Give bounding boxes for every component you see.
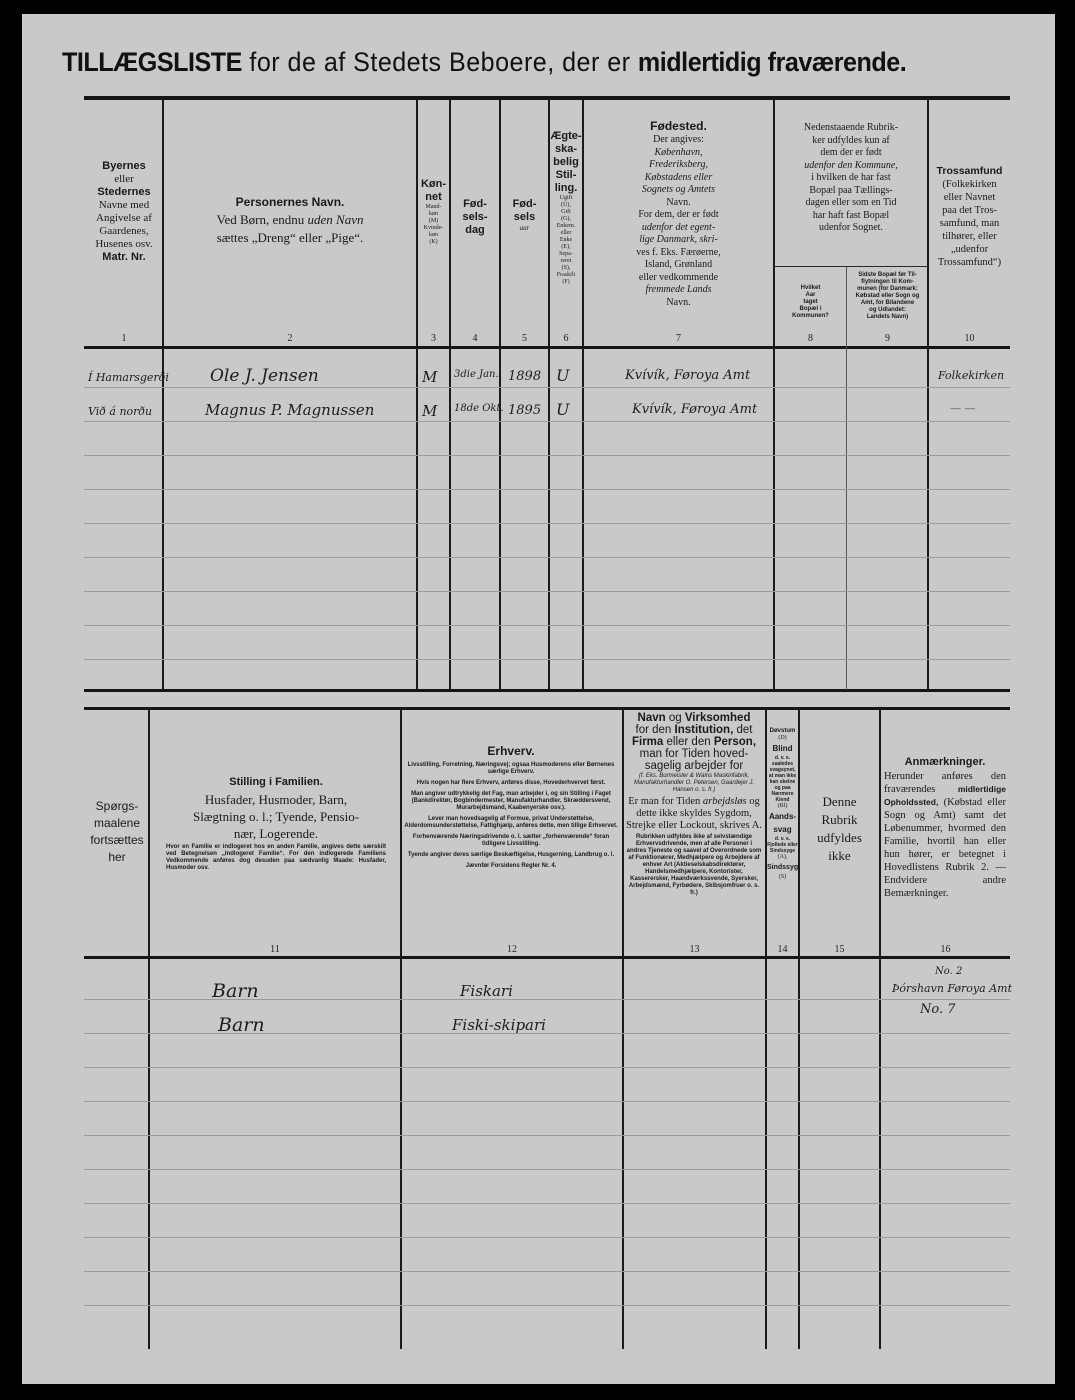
column-number: 12	[402, 944, 622, 955]
header-text: fremmede Lands	[584, 284, 773, 297]
header-text: nær, Logerende.	[158, 825, 394, 842]
header-col-8-9-span: Nedenstaaende Rubrik- ker udfyldes kun a…	[775, 122, 927, 235]
header-text: Sepa-	[550, 251, 582, 258]
header-text: Ved Børn, endnu uden Navn	[164, 211, 416, 229]
header-text: Er man for Tiden	[628, 796, 700, 807]
header-text: Virksomhed	[685, 712, 751, 724]
header-text: reret	[550, 258, 582, 265]
cell-religion: — —	[950, 402, 976, 415]
header-col-2: Personernes Navn. Ved Børn, endnu uden N…	[164, 193, 416, 247]
column-number: 5	[501, 333, 548, 344]
column-number: 6	[550, 333, 582, 344]
column-number: 9	[848, 333, 927, 344]
cell-sex: M	[422, 368, 437, 386]
header-text: ker udfyldes kun af	[775, 135, 927, 148]
header-text: tilhører, eller	[929, 230, 1010, 243]
header-text: Jævnfør Forsidens Regler Nr. 4.	[404, 863, 618, 870]
header-text: Gaardenes,	[86, 225, 162, 238]
cell-occupation: Fiskari	[460, 982, 513, 1000]
header-col-3: Køn- net Mand- køn (M) Kvinde- køn (K)	[418, 178, 449, 246]
cell-marital: U	[556, 366, 569, 385]
header-text: udenfor Sognet.	[775, 222, 927, 235]
header-col-7: Fødested. Der angives: København, Freder…	[584, 118, 773, 309]
cell-birth-year: 1898	[508, 369, 541, 384]
cell-occupation: Fiski-skipari	[452, 1016, 546, 1034]
header-text-italic: uden Navn	[308, 212, 364, 227]
header-text: taget	[775, 299, 846, 306]
header-text: dem der er født	[775, 147, 927, 160]
header-col-9: Sidste Bopæl før Til- flytningen til Kom…	[848, 272, 927, 321]
bottom-header-bottom-rule	[84, 956, 1010, 959]
header-title: Fødested.	[584, 118, 773, 134]
header-text: Ugift	[550, 195, 582, 202]
header-text: Slægtning o. l.; Tyende, Pensio-	[158, 808, 394, 825]
header-text: Firma	[632, 736, 663, 748]
header-title: Anmærkninger.	[884, 754, 1006, 770]
header-text: (Bl)	[767, 803, 798, 810]
header-note: Hvor en Familie er indlogeret hos en and…	[158, 844, 394, 872]
header-text: Kvinde-	[418, 225, 449, 232]
header-text: (S)	[767, 874, 798, 881]
header-text: (f. Eks. Burmeister & Wains Maskinfabrik…	[626, 773, 762, 794]
header-col-11: Stilling i Familien. Husfader, Husmoder,…	[158, 774, 394, 872]
header-text: ikke	[800, 847, 879, 865]
header-col-6: Ægte- ska- belig Stil- ling. Ugift (U), …	[550, 130, 582, 286]
header-text: Ved Børn, endnu	[217, 212, 305, 227]
header-text: Trossamfund“)	[929, 256, 1010, 269]
header-text: Lever man hovedsagelig af Formue, privat…	[404, 816, 618, 830]
column-number: 10	[929, 333, 1010, 344]
row-line	[84, 421, 1010, 422]
header-text: København,	[584, 147, 773, 160]
col-divider	[148, 709, 150, 1349]
row-line	[84, 1271, 1010, 1272]
row-line	[84, 387, 1010, 388]
header-text: Husenes osv.	[86, 238, 162, 251]
header-text: Angivelse af	[86, 212, 162, 225]
row-line	[84, 659, 1010, 660]
cell-birthplace: Kvívík, Føroya Amt	[625, 368, 750, 383]
header-text: Stedernes	[86, 186, 162, 199]
cell-birth-year: 1895	[508, 403, 541, 418]
header-text: Rubrik	[800, 811, 879, 829]
column-number: 4	[451, 333, 499, 344]
cell-name: Ole J. Jensen	[210, 366, 319, 386]
row-line	[84, 1067, 1010, 1068]
header-text: maalene	[86, 815, 148, 832]
header-text: Gift	[550, 209, 582, 216]
header-text: i hvilken de har fast	[775, 172, 927, 185]
row-line	[84, 1135, 1010, 1136]
header-text: Matr. Nr.	[86, 251, 162, 264]
header-text: Island, Grønland	[584, 259, 773, 272]
header-text: (G),	[550, 216, 582, 223]
header-text: og	[669, 712, 682, 724]
cell-remark: Þórshavn Føroya Amt	[892, 982, 1012, 995]
header-text: lige Danmark, skri-	[584, 234, 773, 247]
column-number: 7	[584, 333, 773, 344]
header-text: arbejdsløs	[703, 796, 747, 807]
cell-name: Magnus P. Magnussen	[205, 401, 374, 419]
header-text: Sognets og Amtets	[584, 184, 773, 197]
header-text: d. v. s. Fjollede eller Sindssyge	[767, 836, 798, 854]
header-text: (M)	[418, 218, 449, 225]
row-line	[84, 1305, 1010, 1306]
cell-religion: Folkekirken	[938, 369, 1004, 382]
title-main: TILLÆGSLISTE	[62, 47, 242, 77]
column-number: 15	[800, 944, 879, 955]
header-text: (S),	[550, 265, 582, 272]
header-col-16: Anmærkninger. Herunder anføres den fravæ…	[884, 754, 1006, 900]
header-text: Rubrikken udfyldes ikke af selvstændige …	[626, 834, 762, 897]
header-text: Livsstilling, Forretning, Næringsvej; og…	[404, 762, 618, 776]
header-text: „udenfor	[929, 243, 1010, 256]
header-text: Herunder anføres den fraværendes midlert…	[884, 770, 1006, 900]
header-text: paa det Tros-	[929, 204, 1010, 217]
header-text: d. v. s. saaledes svagsynet, at man ikke…	[767, 755, 798, 803]
header-text: for den	[636, 724, 672, 736]
header-text: Man angiver udtrykkelig det Fag, man arb…	[404, 791, 618, 812]
header-text: Landets Navn)	[848, 314, 927, 321]
header-text: Køn-	[418, 178, 449, 191]
column-number: 16	[881, 944, 1010, 955]
col-divider	[400, 709, 402, 1349]
header-text: Blind	[767, 742, 798, 755]
column-number: 1	[86, 333, 162, 344]
header-text: har haft fast Bopæl	[775, 210, 927, 223]
col-divider	[162, 98, 164, 690]
title-end: midlertidig fraværende.	[638, 47, 906, 77]
header-text: Amt, for Bilandene	[848, 300, 927, 307]
cell-family-position: Barn	[218, 1014, 265, 1036]
top-header-rule	[84, 96, 1010, 100]
form-title: TILLÆGSLISTE for de af Stedets Beboere, …	[62, 38, 946, 86]
header-text: eller den	[667, 736, 711, 748]
header-text: belig	[550, 156, 582, 169]
header-text: svag	[767, 823, 798, 836]
header-text: sels-	[451, 211, 499, 224]
row-line	[84, 591, 1010, 592]
header-text: Spørgs-	[86, 798, 148, 815]
column-number: 11	[150, 944, 400, 955]
row-line	[84, 523, 1010, 524]
header-text: Person,	[714, 736, 756, 748]
header-col-15: Denne Rubrik udfyldes ikke	[800, 793, 879, 865]
header-text: ska-	[550, 143, 582, 156]
header-text: Ægte-	[550, 130, 582, 143]
cell-remark: No. 7	[920, 1002, 956, 1017]
header-text: Aands-	[767, 810, 798, 823]
header-text: Der angives:	[584, 134, 773, 147]
header-col-8: Hvilket Aar taget Bopæl i Kommunen?	[775, 285, 846, 320]
header-text: Tyende angiver deres særlige Beskæftigel…	[404, 852, 618, 859]
header-text: (E),	[550, 244, 582, 251]
header-text: (Købstad eller Sogn og Amt) samt det Løb…	[884, 797, 1006, 899]
header-text: Kommunen?	[775, 313, 846, 320]
column-number: 2	[164, 333, 416, 344]
header-text: Hvis nogen har flere Erhverv, anføres di…	[404, 780, 618, 787]
section-divider-rule	[84, 689, 1010, 692]
header-text: udfyldes	[800, 829, 879, 847]
header-text: for den Institution, det	[626, 724, 762, 736]
header-text: dag	[451, 224, 499, 237]
side-note: Spørgs- maalene fortsættes her	[86, 798, 148, 866]
row-line	[84, 1237, 1010, 1238]
header-text: fortsættes	[86, 832, 148, 849]
col-divider	[879, 709, 881, 1349]
header-text: køn	[418, 211, 449, 218]
header-text: For dem, der er født	[584, 209, 773, 222]
top-header-bottom-rule	[84, 346, 1010, 349]
header-text: Frederiksberg,	[584, 159, 773, 172]
header-text: udenfor den Kommune,	[775, 160, 927, 173]
row-line	[84, 489, 1010, 490]
subheader-rule	[774, 266, 927, 267]
row-line	[84, 455, 1010, 456]
header-text: net	[418, 191, 449, 204]
row-line	[84, 1203, 1010, 1204]
header-text: samfund, man	[929, 217, 1010, 230]
header-col-5: Fød- sels aar	[501, 198, 548, 232]
header-text: Bopæl paa Tællings-	[775, 185, 927, 198]
col-divider	[846, 266, 847, 690]
header-text: køn	[418, 232, 449, 239]
header-text: sels	[501, 211, 548, 224]
header-title: Stilling i Familien.	[158, 774, 394, 791]
bottom-header-top-rule	[84, 707, 1010, 710]
row-line	[84, 625, 1010, 626]
header-text: Navn	[638, 712, 666, 724]
header-text: (D)	[767, 735, 798, 742]
header-text: Denne	[800, 793, 879, 811]
header-text: og Udlandet:	[848, 307, 927, 314]
col-divider	[622, 709, 624, 1349]
header-text: Sindssyg	[767, 861, 798, 874]
header-col-4: Fød- sels- dag	[451, 198, 499, 237]
header-text: Fød-	[451, 198, 499, 211]
header-col-1: Byernes eller Stedernes Navne med Angive…	[86, 160, 162, 264]
header-text: munen (for Danmark:	[848, 286, 927, 293]
header-text: eller Navnet	[929, 191, 1010, 204]
header-text: man for Tiden hoved-	[626, 748, 762, 760]
header-text: Nedenstaaende Rubrik-	[775, 122, 927, 135]
header-col-12: Erhverv. Livsstilling, Forretning, Nærin…	[404, 740, 618, 870]
column-number: 13	[624, 944, 765, 955]
title-middle: for de af Stedets Beboere, der er	[249, 47, 630, 77]
header-text: eller	[550, 230, 582, 237]
cell-birth-day: 3die Jan.	[454, 369, 499, 380]
header-text: ling.	[550, 182, 582, 195]
header-text: (Folkekirken	[929, 178, 1010, 191]
header-text: Navn og Virksomhed	[626, 712, 762, 724]
header-text: Navn.	[584, 297, 773, 310]
header-text: flytningen til Kom-	[848, 279, 927, 286]
header-text: Døvstum	[767, 728, 798, 735]
row-line	[84, 1101, 1010, 1102]
header-text: Enke	[550, 237, 582, 244]
header-col-13: Navn og Virksomhed for den Institution, …	[626, 712, 762, 897]
col-divider	[449, 98, 451, 690]
header-text: eller	[86, 173, 162, 186]
header-text: (F)	[550, 279, 582, 286]
header-text: sagelig arbejder for	[626, 760, 762, 772]
header-text: Stil-	[550, 169, 582, 182]
cell-birth-day: 18de Okt.	[454, 403, 504, 414]
row-line	[84, 557, 1010, 558]
header-text: det	[736, 724, 752, 736]
header-text: Enkem.	[550, 223, 582, 230]
col-divider	[499, 98, 501, 690]
header-text: sættes „Dreng“ eller „Pige“.	[164, 229, 416, 247]
header-text: Firma eller den Person,	[626, 736, 762, 748]
header-text: Købstadens eller	[584, 172, 773, 185]
cell-sex: M	[422, 402, 437, 420]
column-number: 3	[418, 333, 449, 344]
header-col-10: Trossamfund (Folkekirken eller Navnet pa…	[929, 165, 1010, 269]
header-text: Fød-	[501, 198, 548, 211]
header-text: Sidste Bopæl før Til-	[848, 272, 927, 279]
header-text: (U),	[550, 202, 582, 209]
cell-family-position: Barn	[212, 980, 259, 1002]
header-title: Personernes Navn.	[164, 193, 416, 211]
header-text: eller vedkommende	[584, 272, 773, 285]
header-text: Bopæl i	[775, 306, 846, 313]
column-number: 14	[767, 944, 798, 955]
header-text: Forhenværende Næringsdrivende o. l. sætt…	[404, 834, 618, 848]
header-text: Mand-	[418, 204, 449, 211]
header-text: Fraskilt	[550, 272, 582, 279]
header-text: Er man for Tiden arbejdsløs og dette ikk…	[626, 796, 762, 832]
header-text: Købstad eller Sogn og	[848, 293, 927, 300]
header-col-14: Døvstum (D) Blind d. v. s. saaledes svag…	[767, 728, 798, 881]
header-text: Byernes	[86, 160, 162, 173]
column-number: 8	[775, 333, 846, 344]
header-text: (K)	[418, 239, 449, 246]
cell-birthplace: Kvívík, Føroya Amt	[632, 402, 757, 417]
header-text: her	[86, 849, 148, 866]
header-title: Trossamfund	[929, 165, 1010, 178]
header-title: Erhverv.	[404, 740, 618, 762]
header-text: (A),	[767, 854, 798, 861]
header-text: Husfader, Husmoder, Barn,	[158, 791, 394, 808]
cell-remark-top: No. 2	[935, 966, 962, 977]
cell-place: Í Hamarsgerði	[88, 371, 169, 384]
cell-marital: U	[556, 400, 569, 419]
header-text: aar	[501, 224, 548, 232]
header-text: udenfor det egent-	[584, 222, 773, 235]
header-text: ves f. Eks. Færøerne,	[584, 247, 773, 260]
header-text: dagen eller som en Tid	[775, 197, 927, 210]
row-line	[84, 1169, 1010, 1170]
header-text: Navn.	[584, 197, 773, 210]
cell-place: Við á norðu	[88, 405, 152, 418]
header-text: Navne med	[86, 199, 162, 212]
header-text: Aar	[775, 292, 846, 299]
header-text: Institution,	[675, 724, 734, 736]
header-text: Hvilket	[775, 285, 846, 292]
